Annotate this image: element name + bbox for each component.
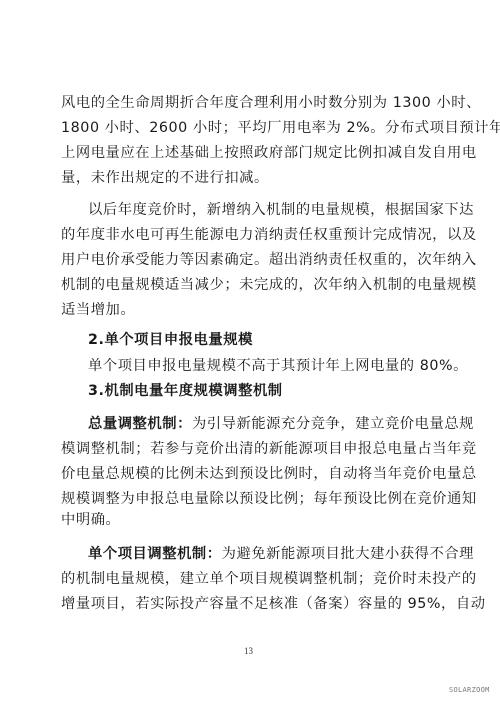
paragraph-line: 机制的电量规模适当减少；未完成的，次年纳入机制的电量规模	[61, 276, 443, 294]
page-number: 13	[244, 646, 253, 656]
section-heading: 2.单个项目申报电量规模	[88, 331, 443, 349]
paragraph-line: 规模调整为申报总电量除以预设比例；每年预设比例在竞价通知	[61, 490, 443, 508]
paragraph-line: 中明确。	[61, 511, 443, 529]
paragraph-line: 的机制电量规模，建立单个项目规模调整机制；竞价时未投产的	[61, 570, 443, 588]
term-text: 为避免新能源项目批大建小获得不合理	[222, 546, 474, 562]
paragraph-line: 总量调整机制：为引导新能源充分竞争，建立竞价电量总规	[88, 415, 443, 433]
term-label: 总量调整机制：	[88, 416, 192, 432]
paragraph-line: 价电量总规模的比例未达到预设比例时，自动将当年竞价电量总	[61, 465, 443, 483]
term-label: 单个项目调整机制：	[88, 546, 222, 562]
paragraph-line: 单个项目调整机制：为避免新能源项目批大建小获得不合理	[88, 545, 443, 563]
paragraph-line: 量，未作出规定的不进行扣减。	[61, 169, 443, 187]
paragraph-line: 增量项目，若实际投产容量不足核准（备案）容量的 95%，自动	[61, 595, 443, 613]
section-heading: 3.机制电量年度规模调整机制	[88, 382, 443, 400]
term-text: 为引导新能源充分竞争，建立竞价电量总规	[192, 416, 474, 432]
paragraph-line: 用户电价承受能力等因素确定。超出消纳责任权重的，次年纳入	[61, 251, 443, 269]
paragraph-line: 1800 小时、2600 小时；平均厂用电率为 2%。分布式项目预计年	[61, 119, 443, 137]
paragraph-line: 的年度非水电可再生能源电力消纳责任权重预计完成情况，以及	[61, 226, 443, 244]
paragraph-line: 模调整机制；若参与竞价出清的新能源项目申报总电量占当年竞	[61, 440, 443, 458]
paragraph-line: 风电的全生命周期折合年度合理利用小时数分别为 1300 小时、	[61, 94, 443, 112]
paragraph-line: 单个项目申报电量规模不高于其预计年上网电量的 80%。	[88, 357, 443, 375]
paragraph-line: 以后年度竞价时，新增纳入机制的电量规模，根据国家下达	[88, 201, 443, 219]
watermark: SOLARZOOM	[449, 686, 490, 694]
paragraph-line: 上网电量应在上述基础上按照政府部门规定比例扣减自发自用电	[61, 144, 443, 162]
paragraph-line: 适当增加。	[61, 301, 443, 319]
document-page: 风电的全生命周期折合年度合理利用小时数分别为 1300 小时、 1800 小时、…	[0, 0, 500, 706]
